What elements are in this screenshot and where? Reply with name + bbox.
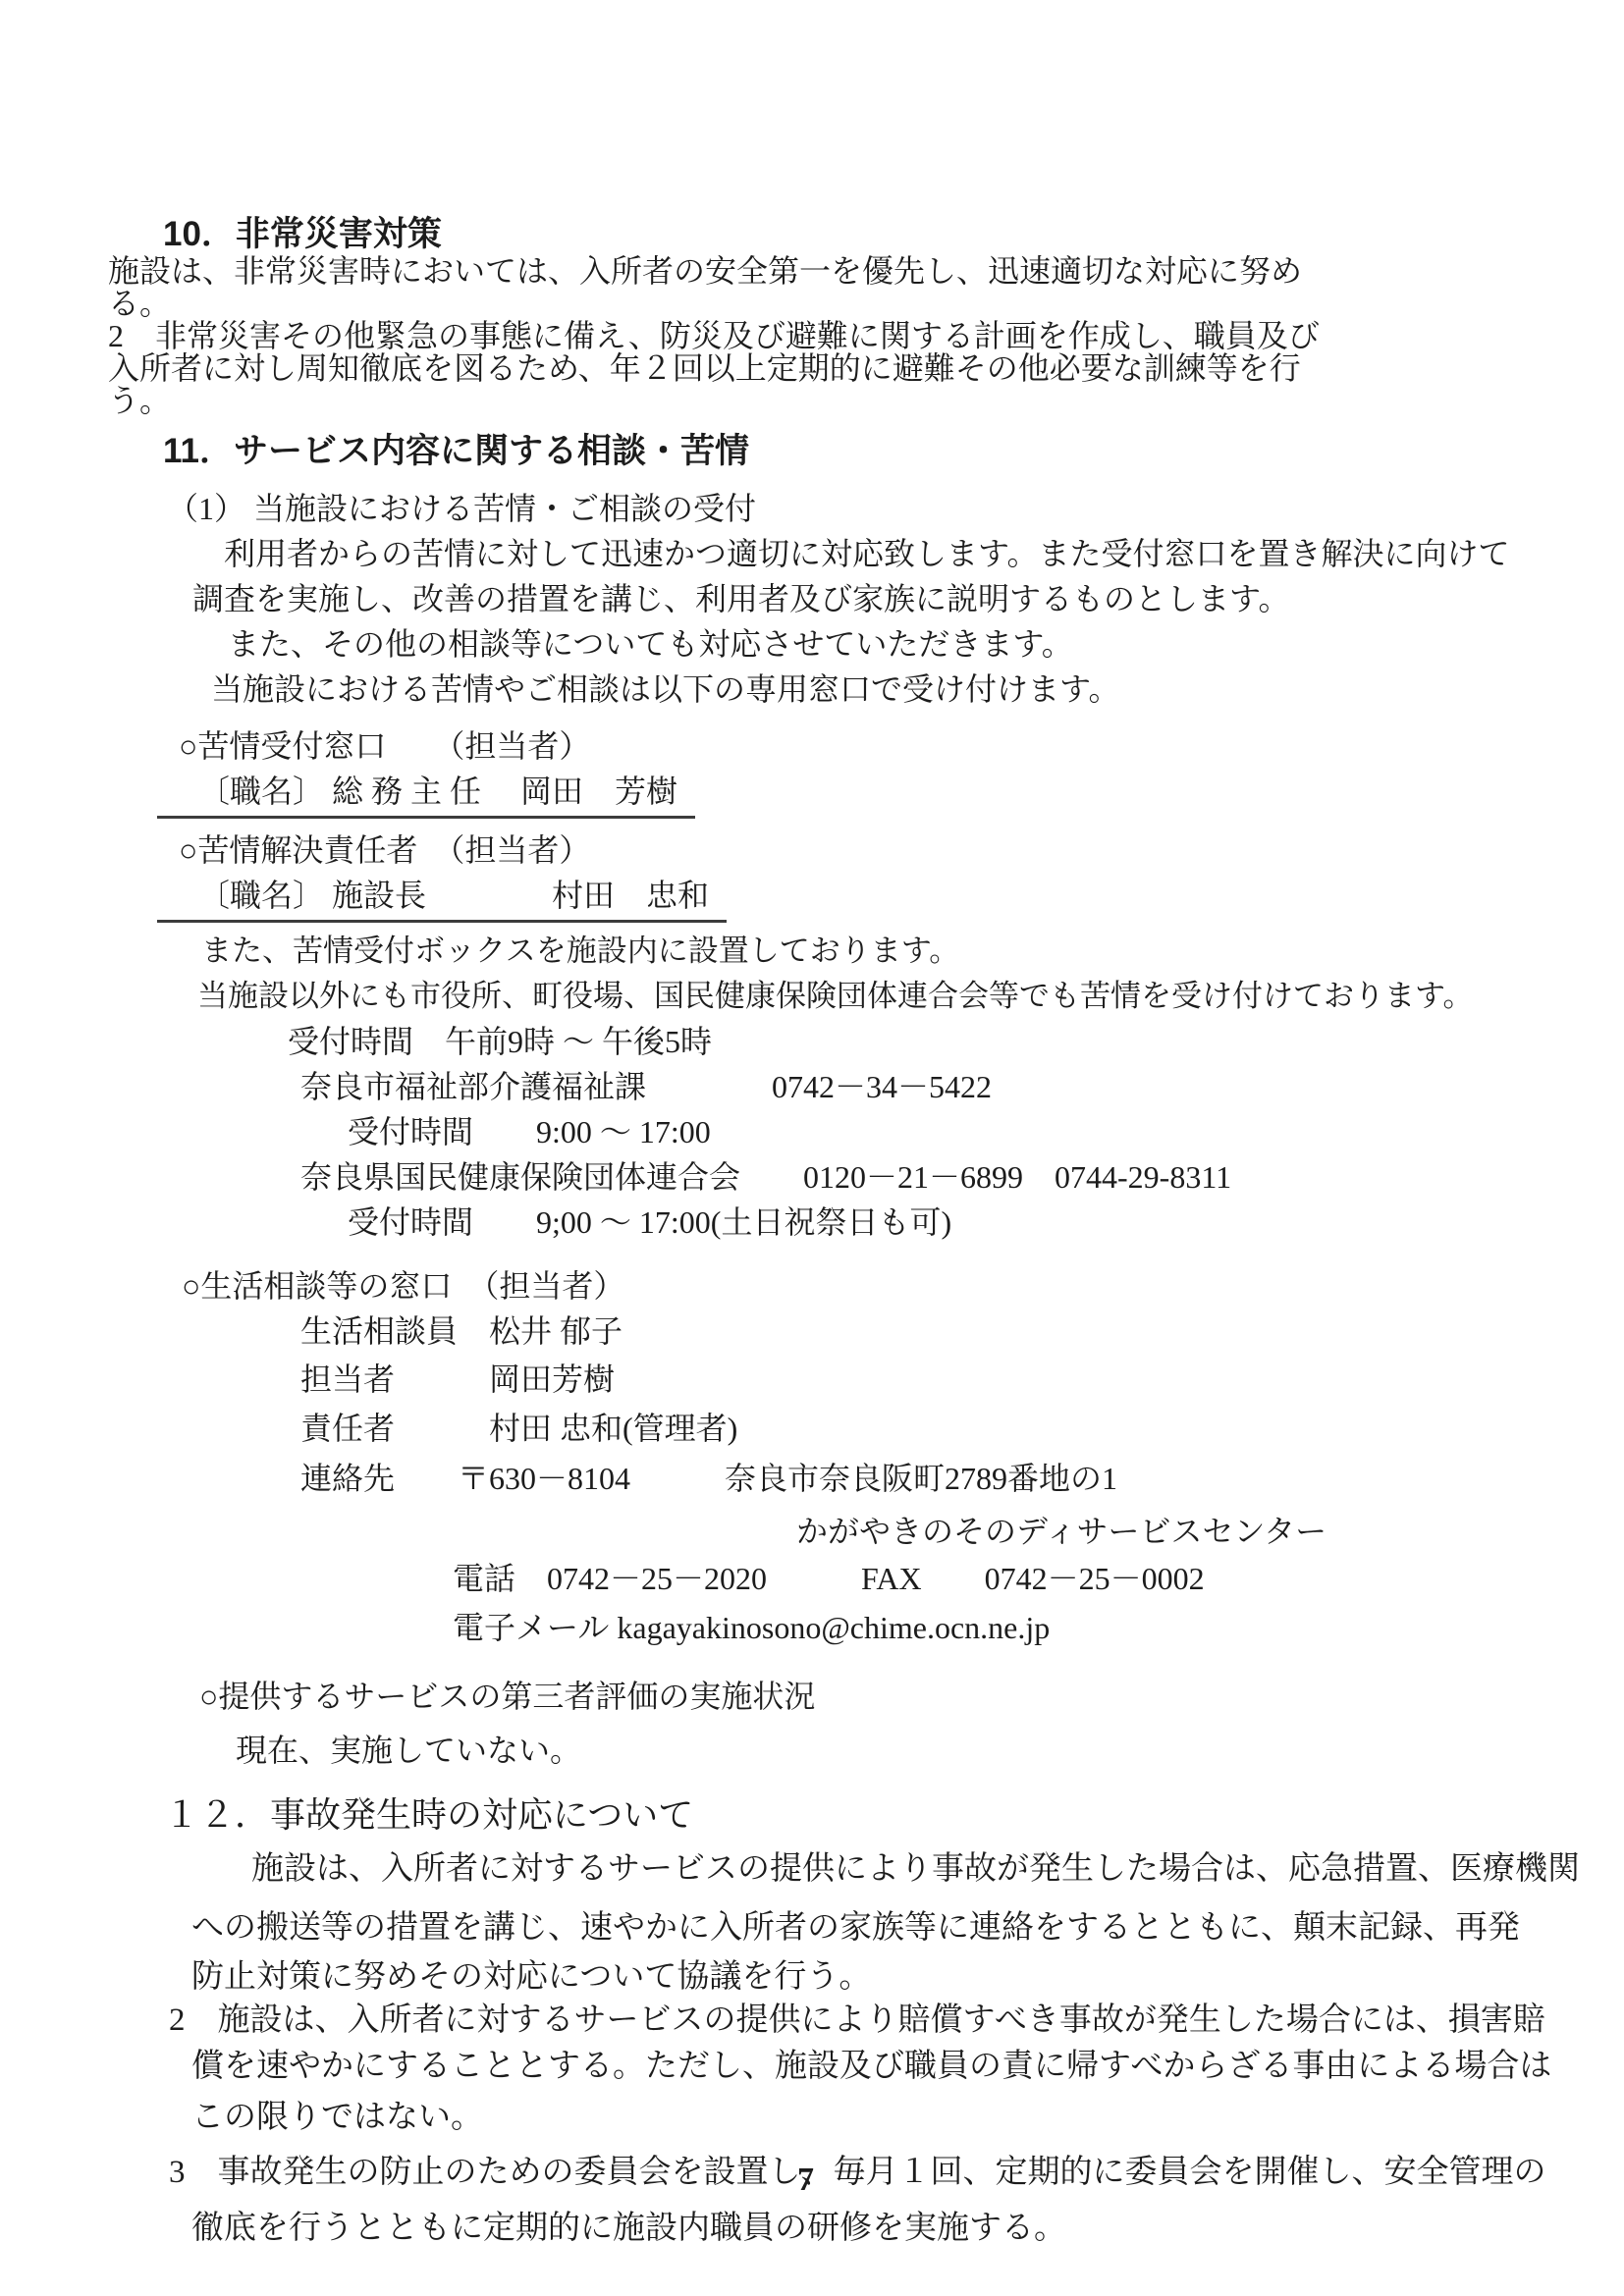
- paragraph-line: （1） 当施設における苦情・ご相談の受付: [167, 486, 1555, 531]
- consult-row: 生活相談員 松井 郁子: [300, 1308, 1555, 1354]
- paragraph-line: 施設は、入所者に対するサービスの提供により事故が発生した場合は、応急措置、医療機…: [251, 1847, 1555, 1891]
- complaint-resolution-officer-row: 〔職名〕 施設長 村田 忠和: [108, 873, 1555, 923]
- paragraph-line: 3 事故発生の防止のための委員会を設置し、毎月１回、定期的に委員会を開催し、安全…: [169, 2151, 1555, 2194]
- paragraph-line: る。: [108, 288, 1555, 320]
- contact-line: 奈良市福祉部介護福祉課 0742－34－5422: [300, 1064, 1555, 1109]
- officer-name-underlined: 〔職名〕 施設長 村田 忠和: [157, 873, 727, 923]
- paragraph-line: 施設は、非常災害時においては、入所者の安全第一を優先し、迅速適切な対応に努め: [108, 255, 1555, 288]
- page-number: 7: [797, 2162, 814, 2199]
- third-party-eval-title: ○提供するサービスの第三者評価の実施状況: [199, 1674, 1555, 1719]
- paragraph-line: 2 施設は、入所者に対するサービスの提供により賠償すべき事故が発生した場合には、…: [169, 1999, 1555, 2042]
- paragraph-line: 当施設以外にも市役所、町役場、国民健康保険団体連合会等でも苦情を受け付けておりま…: [197, 974, 1555, 1019]
- paragraph-line: 調査を実施し、改善の措置を講じ、利用者及び家族に説明するものとします。: [192, 576, 1555, 621]
- paragraph-line: う。: [108, 385, 1555, 417]
- section-12-body: 施設は、入所者に対するサービスの提供により事故が発生した場合は、応急措置、医療機…: [108, 1847, 1555, 2250]
- third-party-eval-status: 現在、実施していない。: [236, 1728, 1555, 1773]
- consult-row: 連絡先 〒630－8104 奈良市奈良阪町2789番地の1: [300, 1456, 1555, 1501]
- complaint-reception-title: ○苦情受付窓口 （担当者）: [179, 723, 1555, 769]
- section-10-heading: 10．非常災害対策: [163, 214, 1555, 255]
- section-10-body: 施設は、非常災害時においては、入所者の安全第一を優先し、迅速適切な対応に努め る…: [108, 255, 1555, 417]
- complaint-reception-officer-row: 〔職名〕 総 務 主 任 岡田 芳樹: [108, 769, 1555, 819]
- contact-line: 受付時間 午前9時 ～ 午後5時: [288, 1019, 1555, 1064]
- section-11-heading: 11．サービス内容に関する相談・苦情: [163, 431, 1555, 472]
- paragraph-line: また、苦情受付ボックスを施設内に設置しております。: [201, 929, 1555, 974]
- document-content: 10．非常災害対策 施設は、非常災害時においては、入所者の安全第一を優先し、迅速…: [108, 214, 1555, 2250]
- document-page: 10．非常災害対策 施設は、非常災害時においては、入所者の安全第一を優先し、迅速…: [0, 0, 1624, 2296]
- paragraph-line: この限りではない。: [191, 2096, 1555, 2139]
- contact-line: 受付時間 9:00 ～ 17:00: [348, 1109, 1555, 1154]
- paragraph-line: 2 非常災害その他緊急の事態に備え、防災及び避難に関する計画を作成し、職員及び: [108, 320, 1555, 352]
- officer-name-underlined: 〔職名〕 総 務 主 任 岡田 芳樹: [157, 769, 695, 819]
- facility-name-line: かがやきのそのディサービスセンター: [796, 1509, 1555, 1554]
- complaint-resolution-title: ○苦情解決責任者 （担当者）: [179, 828, 1555, 873]
- contact-line: 受付時間 9;00 ～ 17:00(土日祝祭日も可): [348, 1200, 1555, 1245]
- email-line: 電子メール kagayakinosono@chime.ocn.ne.jp: [453, 1605, 1555, 1650]
- paragraph-line: 償を速やかにすることとする。ただし、施設及び職員の責に帰すべからざる事由による場…: [191, 2045, 1555, 2088]
- phone-fax-line: 電話 0742－25－2020 FAX 0742－25－0002: [453, 1556, 1555, 1601]
- paragraph-line: 入所者に対し周知徹底を図るため、年２回以上定期的に避難その他必要な訓練等を行: [108, 352, 1555, 385]
- consult-row: 担当者 岡田芳樹: [300, 1357, 1555, 1402]
- paragraph-line: 当施設における苦情やご相談は以下の専用窓口で受け付けます。: [211, 667, 1555, 712]
- paragraph-line: への搬送等の措置を講じ、速やかに入所者の家族等に連絡をするとともに、顛末記録、再…: [191, 1906, 1555, 1949]
- paragraph-line: 防止対策に努めその対応について協議を行う。: [191, 1955, 1555, 1999]
- paragraph-line: また、その他の相談等についても対応させていただきます。: [228, 621, 1555, 667]
- section-12-heading: １２．事故発生時の対応について: [164, 1790, 1555, 1840]
- life-consult-title: ○生活相談等の窓口 （担当者）: [182, 1263, 1555, 1308]
- consult-row: 責任者 村田 忠和(管理者): [300, 1406, 1555, 1451]
- contact-line: 奈良県国民健康保険団体連合会 0120－21－6899 0744-29-8311: [300, 1154, 1555, 1200]
- paragraph-line: 利用者からの苦情に対して迅速かつ適切に対応致します。また受付窓口を置き解決に向け…: [224, 531, 1555, 576]
- paragraph-line: 徹底を行うとともに定期的に施設内職員の研修を実施する。: [191, 2207, 1555, 2250]
